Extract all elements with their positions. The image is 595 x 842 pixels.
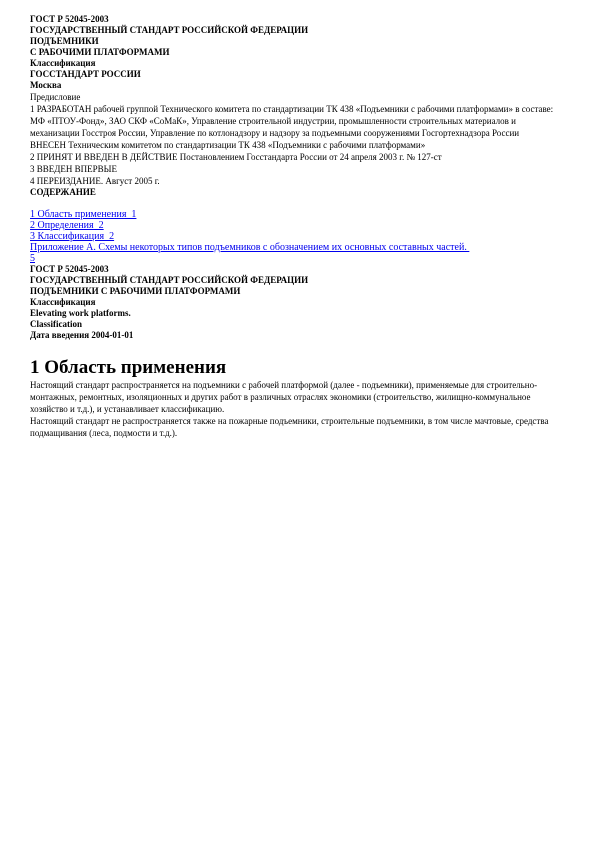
doc-code: ГОСТ Р 52045-2003 (30, 14, 565, 25)
section-paragraph: Настоящий стандарт распространяется на п… (30, 379, 565, 415)
toc-link-classification[interactable]: 3 Классификация 2 (30, 231, 565, 242)
toc-links: 1 Область применения 1 2 Определения 2 3… (30, 209, 565, 264)
foreword-item: 1 РАЗРАБОТАН рабочей группой Техническог… (30, 103, 565, 139)
toc-link-scope[interactable]: 1 Область применения 1 (30, 209, 565, 220)
title-en-line2: Classification (30, 319, 565, 330)
foreword-item: ВНЕСЕН Техническим комитетом по стандарт… (30, 139, 565, 151)
doc-subtitle: Классификация (30, 297, 565, 308)
foreword-heading: Предисловие (30, 91, 565, 103)
toc-link-definitions[interactable]: 2 Определения 2 (30, 220, 565, 231)
doc-subtitle: Классификация (30, 58, 565, 69)
effective-date: Дата введения 2004-01-01 (30, 330, 565, 341)
publisher-city: Москва (30, 80, 565, 91)
document-header: ГОСТ Р 52045-2003 ГОСУДАРСТВЕННЫЙ СТАНДА… (30, 264, 565, 341)
standard-type: ГОСУДАРСТВЕННЫЙ СТАНДАРТ РОССИЙСКОЙ ФЕДЕ… (30, 275, 565, 286)
publisher: ГОССТАНДАРТ РОССИИ (30, 69, 565, 80)
table-of-contents: СОДЕРЖАНИЕ 1 Область применения 1 2 Опре… (30, 187, 565, 264)
toc-heading: СОДЕРЖАНИЕ (30, 187, 565, 198)
section-paragraph: Настоящий стандарт не распространяется т… (30, 415, 565, 439)
document-page: ГОСТ Р 52045-2003 ГОСУДАРСТВЕННЫЙ СТАНДА… (0, 0, 595, 842)
title-en-line1: Elevating work platforms. (30, 308, 565, 319)
foreword-item: 4 ПЕРЕИЗДАНИЕ. Август 2005 г. (30, 175, 565, 187)
doc-title-line1: ПОДЪЕМНИКИ (30, 36, 565, 47)
foreword-section: Предисловие 1 РАЗРАБОТАН рабочей группой… (30, 91, 565, 187)
section-heading: 1 Область применения (30, 357, 565, 379)
doc-title-line2: С РАБОЧИМИ ПЛАТФОРМАМИ (30, 47, 565, 58)
standard-type: ГОСУДАРСТВЕННЫЙ СТАНДАРТ РОССИЙСКОЙ ФЕДЕ… (30, 25, 565, 36)
section-scope: 1 Область применения Настоящий стандарт … (30, 357, 565, 439)
foreword-item: 3 ВВЕДЕН ВПЕРВЫЕ (30, 163, 565, 175)
doc-code: ГОСТ Р 52045-2003 (30, 264, 565, 275)
foreword-item: 2 ПРИНЯТ И ВВЕДЕН В ДЕЙСТВИЕ Постановлен… (30, 151, 565, 163)
toc-link-appendix-a[interactable]: Приложение А. Схемы некоторых типов подъ… (30, 242, 565, 264)
doc-title: ПОДЪЕМНИКИ С РАБОЧИМИ ПЛАТФОРМАМИ (30, 286, 565, 297)
